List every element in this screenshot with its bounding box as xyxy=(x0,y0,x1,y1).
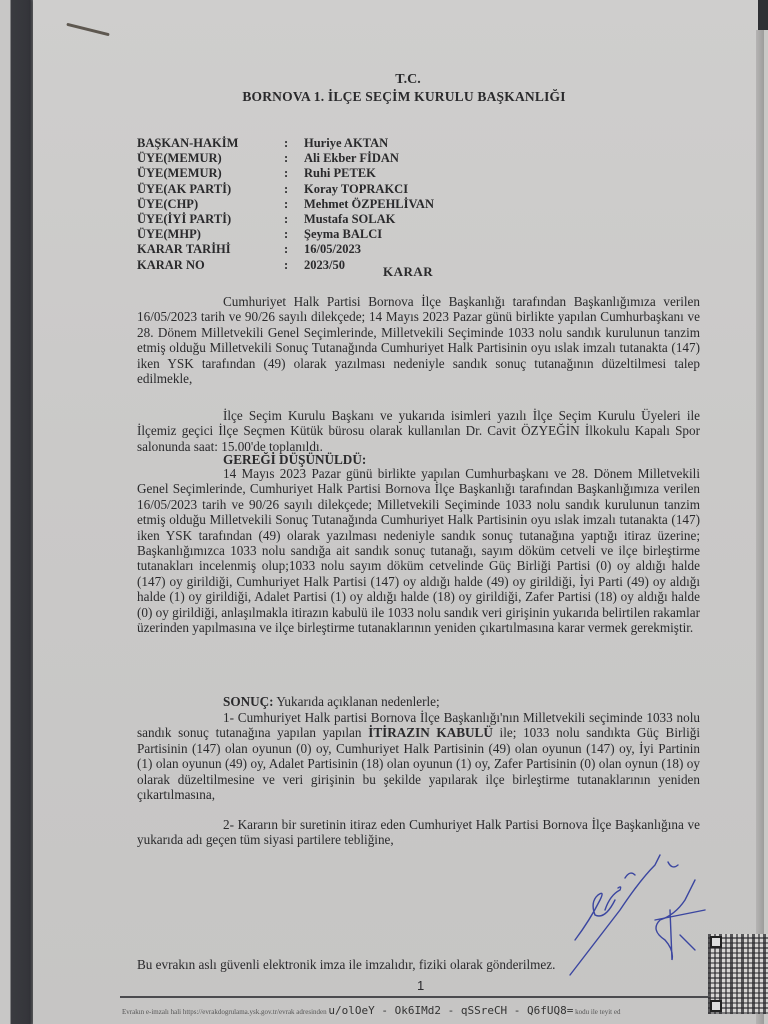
footer-divider xyxy=(120,996,710,998)
member-name: Mustafa SOLAK xyxy=(304,212,395,227)
member-row: ÜYE(İYİ PARTİ):Mustafa SOLAK xyxy=(137,212,434,227)
member-name: Ruhi PETEK xyxy=(304,166,376,181)
member-name: Koray TOPRAKCI xyxy=(304,182,408,197)
e-signature-note: Bu evrakın aslı güvenli elektronik imza … xyxy=(137,957,555,973)
qr-finder-icon xyxy=(710,936,722,948)
committee-members-list: BAŞKAN-HAKİM:Huriye AKTAN ÜYE(MEMUR):Ali… xyxy=(137,136,434,273)
header-office-title: BORNOVA 1. İLÇE SEÇİM KURULU BAŞKANLIĞI xyxy=(20,89,768,105)
verification-prefix: Evrakın e-imzalı hali https://evrakdogru… xyxy=(122,1008,327,1016)
member-row: ÜYE(MEMUR):Ali Ekber FİDAN xyxy=(137,151,434,166)
decision-date-label: KARAR TARİHİ xyxy=(137,242,284,257)
result-item-1: 1- Cumhuriyet Halk partisi Bornova İlçe … xyxy=(137,710,700,802)
paragraph-reasoning: 14 Mayıs 2023 Pazar günü birlikte yapıla… xyxy=(137,466,700,635)
page-number: 1 xyxy=(417,978,424,993)
member-role: BAŞKAN-HAKİM xyxy=(137,136,284,151)
decision-title: KARAR xyxy=(383,264,433,280)
member-row: ÜYE(MHP):Şeyma BALCI xyxy=(137,227,434,242)
verification-code: u/olOeY - Ok6IMd2 - qSSreCH - Q6fUQ8= xyxy=(328,1004,573,1017)
signature-icon xyxy=(560,840,710,980)
paragraph-petition: Cumhuriyet Halk Partisi Bornova İlçe Baş… xyxy=(137,294,700,386)
member-name: Mehmet ÖZPEHLİVAN xyxy=(304,197,434,212)
verification-suffix: kodu ile teyit ed xyxy=(575,1008,620,1016)
header-tc: T.C. xyxy=(24,72,768,88)
member-row: ÜYE(CHP):Mehmet ÖZPEHLİVAN xyxy=(137,197,434,212)
objection-accepted: İTİRAZIN KABULÜ xyxy=(368,725,493,740)
member-name: Huriye AKTAN xyxy=(304,136,388,151)
member-row: BAŞKAN-HAKİM:Huriye AKTAN xyxy=(137,136,434,151)
result-intro: Yukarıda açıklanan nedenlerle; xyxy=(276,694,439,709)
qr-finder-icon xyxy=(710,1000,722,1012)
decision-number-label: KARAR NO xyxy=(137,258,284,273)
member-name: Şeyma BALCI xyxy=(304,227,382,242)
member-role: ÜYE(MEMUR) xyxy=(137,151,284,166)
background-left-edge xyxy=(0,0,34,1024)
member-role: ÜYE(İYİ PARTİ) xyxy=(137,212,284,227)
verification-line: Evrakın e-imzalı hali https://evrakdogru… xyxy=(122,1004,620,1017)
decision-number: 2023/50 xyxy=(304,258,345,273)
member-role: ÜYE(AK PARTİ) xyxy=(137,182,284,197)
qr-code-icon xyxy=(708,934,768,1014)
result-heading: SONUÇ: Yukarıda açıklanan nedenlerle; xyxy=(137,694,700,709)
member-row: ÜYE(AK PARTİ):Koray TOPRAKCI xyxy=(137,182,434,197)
paragraph-meeting: İlçe Seçim Kurulu Başkanı ve yukarıda is… xyxy=(137,408,700,454)
member-role: ÜYE(CHP) xyxy=(137,197,284,212)
member-role: ÜYE(MHP) xyxy=(137,227,284,242)
heading-result: SONUÇ: xyxy=(223,694,274,709)
decision-date-row: KARAR TARİHİ:16/05/2023 xyxy=(137,242,434,257)
decision-date: 16/05/2023 xyxy=(304,242,361,257)
member-role: ÜYE(MEMUR) xyxy=(137,166,284,181)
member-name: Ali Ekber FİDAN xyxy=(304,151,399,166)
page-edge xyxy=(756,30,764,1024)
member-row: ÜYE(MEMUR):Ruhi PETEK xyxy=(137,166,434,181)
